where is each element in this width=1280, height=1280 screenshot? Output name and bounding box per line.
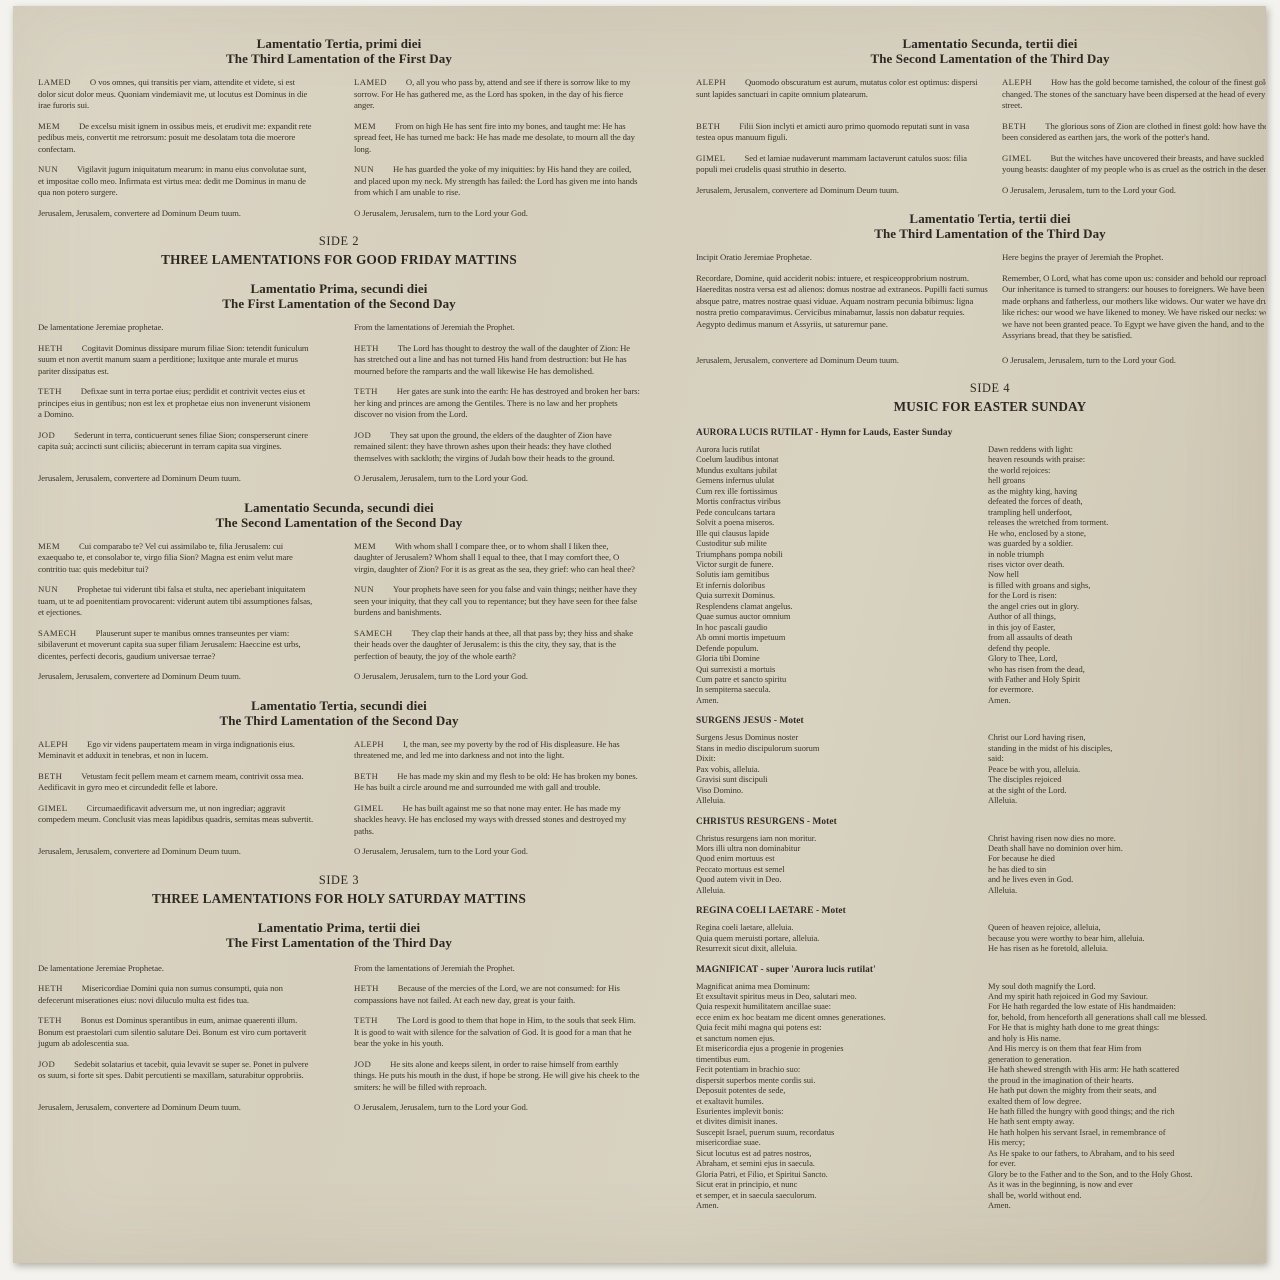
hebrew-letter-label: BETH [1002,121,1026,131]
side-number: SIDE 2 [38,234,640,249]
motet-line-latin: Regina coeli laetare, alleluia. [696,922,988,932]
magnificat-line-row: Quia respexit humilitatem ancillae suae:… [696,1001,1266,1011]
magnificat-line-latin: Quia respexit humilitatem ancillae suae: [696,1001,988,1011]
magnificat-line-english: As it was in the beginning, is now and e… [988,1179,1266,1189]
hebrew-letter-label: NUN [38,584,58,594]
magnificat-line-row: Suscepit Israel, puerum suum, recordatus… [696,1127,1266,1137]
verse-english-text: He has made my skin and my flesh to be o… [354,771,638,793]
intro-latin: De lamentatione Jeremiae Prophetae. [38,963,314,975]
hymn-line-latin: Solutis iam gemitibus [696,569,988,579]
side-2-header: SIDE 2 THREE LAMENTATIONS FOR GOOD FRIDA… [38,234,640,268]
verse-list: ALEPHEgo vir videns paupertatem meam in … [38,739,640,838]
hymn-line-latin: Custoditur sub milite [696,538,988,548]
motet-line-english: he has died to sin [988,864,1266,874]
hymn-line-english: is filled with groans and sighs, [988,580,1266,590]
magnificat-line-row: Sicut locutus est ad patres nostros, As … [696,1148,1266,1158]
hymn-line-latin: Et infernis doloribus [696,580,988,590]
hebrew-letter-label: ALEPH [354,739,384,749]
hymn-line-english: for evermore. [988,684,1266,694]
section-title-latin: Lamentatio Prima, secundi diei [38,281,640,296]
intro-english: From the lamentations of Jeremiah the Pr… [354,963,640,975]
hymn-line-latin: Mortis confractus viribus [696,496,988,506]
verse-latin-text: Vigilavit jugum iniquitatum mearum: in m… [38,164,306,197]
hymn-line-english: Dawn reddens with light: [988,444,1266,454]
verse-latin: GIMELSed et lamiae nudaverunt mammam lac… [696,153,988,176]
hymn-line-row: Qui surrexisti a mortuis who has risen f… [696,664,1266,674]
motet-line-latin: Resurrexit sicut dixit, alleluia. [696,943,988,953]
section-title-english: The Third Lamentation of the Third Day [696,226,1266,241]
motet-line-row: Regina coeli laetare, alleluia. Queen of… [696,922,1266,932]
motet-line-list: Surgens Jesus Dominus noster Christ our … [696,732,1266,805]
side-3-header: SIDE 3 THREE LAMENTATIONS FOR HOLY SATUR… [38,873,640,907]
magnificat-line-latin: Et misericordia ejus a progenie in proge… [696,1043,988,1053]
hymn-line-latin: Solvit a poena miseros. [696,517,988,527]
verse-row: TETHDefixae sunt in terra portae eius; p… [38,386,640,421]
hymn-line-row: Cum rex ille fortissimus as the mighty k… [696,486,1266,496]
motet-line-latin: Dixit: [696,753,988,763]
verse-list: MEMCui comparabo te? Vel cui assimilabo … [38,541,640,663]
hymn-line-latin: Qui surrexisti a mortuis [696,664,988,674]
hymn-line-latin: Aurora lucis rutilat [696,444,988,454]
hebrew-letter-label: MEM [38,121,60,131]
magnificat-line-latin: Abraham, et semini ejus in saecula. [696,1158,988,1168]
motet-line-row: Stans in medio discipulorum suorum stand… [696,743,1266,753]
hymn-line-row: Defende populum. defend thy people. [696,643,1266,653]
record-sleeve-back: Lamentatio Tertia, primi diei The Third … [13,6,1266,1263]
hymn-line-latin: Amen. [696,695,988,705]
verse-row: ALEPHQuomodo obscuratum est aurum, mutat… [696,77,1266,112]
side-title: THREE LAMENTATIONS FOR GOOD FRIDAY MATTI… [38,252,640,268]
magnificat-line-english: generation to generation. [988,1054,1266,1064]
magnificat-line-row: Amen. Amen. [696,1200,1266,1210]
verse-latin-text: Defixae sunt in terra portae eius; perdi… [38,386,310,419]
motet-title: CHRISTUS RESURGENS - Motet [696,817,1266,827]
motet-line-english: and he lives even in God. [988,874,1266,884]
verse-english-text: Her gates are sunk into the earth: He ha… [354,386,640,419]
motet-line-row: Quod enim mortuus est For because he die… [696,853,1266,863]
motet-line-row: Surgens Jesus Dominus noster Christ our … [696,732,1266,742]
section-title-english: The First Lamentation of the Second Day [38,296,640,311]
verse-english-text: I, the man, see my poverty by the rod of… [354,739,620,761]
hymn-line-english: Now hell [988,569,1266,579]
hebrew-letter-label: SAMECH [354,628,393,638]
verse-list: LAMEDO vos omnes, qui transitis per viam… [38,77,640,199]
hebrew-letter-label: ALEPH [38,739,68,749]
magnificat-line-english: for, behold, from henceforth all generat… [988,1012,1266,1022]
prayer-latin: Recordare, Domine, quid acciderit nobis:… [696,273,988,342]
hymn-line-latin: Pede conculcans tartara [696,507,988,517]
hebrew-letter-label: BETH [354,771,378,781]
verse-latin: GIMELCircumaedificavit adversum me, ut n… [38,803,314,838]
hebrew-letter-label: TETH [354,386,378,396]
hymn-line-row: Mundus exultans jubilat the world rejoic… [696,465,1266,475]
motet-line-latin: Surgens Jesus Dominus noster [696,732,988,742]
verse-row: SAMECHPlauserunt super te manibus omnes … [38,628,640,663]
hebrew-letter-label: JOD [38,430,55,440]
verse-latin-text: O vos omnes, qui transitis per viam, att… [38,77,307,110]
hebrew-letter-label: TETH [354,1015,378,1025]
verse-english: BETHThe glorious sons of Zion are clothe… [1002,121,1266,144]
magnificat-line-english: Amen. [988,1200,1266,1210]
verse-english-text: But the witches have uncovered their bre… [1002,153,1266,175]
prayer-english: Remember, O Lord, what has come upon us:… [1002,273,1266,342]
verse-row: GIMELSed et lamiae nudaverunt mammam lac… [696,153,1266,176]
hymn-line-row: Cum patre et sancto spiritu with Father … [696,674,1266,684]
hymn-line-row: Solutis iam gemitibus Now hell [696,569,1266,579]
verse-english-text: They clap their hands at thee, all that … [354,628,633,661]
motet-line-row: Alleluia. Alleluia. [696,795,1266,805]
verse-english-text: He has built against me so that none may… [354,803,626,836]
hebrew-letter-label: NUN [354,164,374,174]
motet-surgens-jesus: SURGENS JESUS - Motet Surgens Jesus Domi… [696,716,1266,805]
section-title-latin: Lamentatio Tertia, primi diei [38,36,640,51]
motet-title: REGINA COELI LAETARE - Motet [696,906,1266,916]
hymn-line-latin: In hoc pascali gaudio [696,622,988,632]
verse-latin-text: Prophetae tui viderunt tibi falsa et stu… [38,584,312,617]
hebrew-letter-label: JOD [38,1059,55,1069]
hymn-line-english: rises victor over death. [988,559,1266,569]
hymn-line-english: hell groans [988,475,1266,485]
motet-line-latin: Pax vobis, alleluia. [696,764,988,774]
verse-latin: MEMCui comparabo te? Vel cui assimilabo … [38,541,314,576]
hebrew-letter-label: LAMED [38,77,71,87]
hymn-line-english: in this joy of Easter, [988,622,1266,632]
section-title-english: The Second Lamentation of the Second Day [38,515,640,530]
magnificat-line-english: He hath holpen his servant Israel, in re… [988,1127,1266,1137]
verse-row: NUNVigilavit jugum iniquitatum mearum: i… [38,164,640,199]
motet-line-row: Alleluia. Alleluia. [696,885,1266,895]
verse-latin: HETHMisericordiae Domini quia non sumus … [38,983,314,1006]
verse-row: JODSederunt in terra, conticuerunt senes… [38,430,640,465]
motet-regina-coeli: REGINA COELI LAETARE - Motet Regina coel… [696,906,1266,953]
motet-line-latin: Alleluia. [696,795,988,805]
motet-line-english: said: [988,753,1266,763]
refrain-row: Jerusalem, Jerusalem, convertere ad Domi… [696,185,1266,197]
magnificat-line-english: He hath filled the hungry with good thin… [988,1106,1266,1116]
motet-line-latin: Peccato mortuus est semel [696,864,988,874]
motet-line-latin: Alleluia. [696,885,988,895]
magnificat-line-row: misericordiae suae. His mercy; [696,1137,1266,1147]
hymn-line-row: In sempiterna saecula. for evermore. [696,684,1266,694]
hymn-line-row: Triumphans pompa nobili in noble triumph [696,549,1266,559]
magnificat-line-english: And His mercy is on them that fear Him f… [988,1043,1266,1053]
hymn-title: AURORA LUCIS RUTILAT - Hymn for Lauds, E… [696,428,1266,438]
hebrew-letter-label: TETH [38,386,62,396]
magnificat-line-row: Abraham, et semini ejus in saecula. for … [696,1158,1266,1168]
magnificat-line-english: As He spake to our fathers, to Abraham, … [988,1148,1266,1158]
verse-list: HETHCogitavit Dominus dissipare murum fi… [38,343,640,465]
refrain-latin: Jerusalem, Jerusalem, convertere ad Domi… [696,185,988,197]
magnificat-line-latin: et sanctum nomen ejus. [696,1033,988,1043]
right-column: Lamentatio Secunda, tertii diei The Seco… [696,36,1266,1263]
hebrew-letter-label: HETH [38,983,63,993]
magnificat-line-latin: et divites dimisit inanes. [696,1116,988,1126]
verse-latin-text: Sederunt in terra, conticuerunt senes fi… [38,430,308,452]
verse-english-text: Because of the mercies of the Lord, we a… [354,983,620,1005]
verse-english: SAMECHThey clap their hands at thee, all… [354,628,640,663]
verse-english: MEMWith whom shall I compare thee, or to… [354,541,640,576]
hymn-line-latin: Cum rex ille fortissimus [696,486,988,496]
motet-line-english: Christ our Lord having risen, [988,732,1266,742]
verse-english: TETHHer gates are sunk into the earth: H… [354,386,640,421]
verse-latin-text: Cogitavit Dominus dissipare murum filiae… [38,343,309,376]
hebrew-letter-label: TETH [38,1015,62,1025]
verse-row: ALEPHEgo vir videns paupertatem meam in … [38,739,640,762]
hymn-line-row: Quae sumus auctor omnium Author of all t… [696,611,1266,621]
hymn-line-row: Mortis confractus viribus defeated the f… [696,496,1266,506]
verse-english-text: O, all you who pass by, attend and see i… [354,77,630,110]
hymn-line-latin: In sempiterna saecula. [696,684,988,694]
magnificat-line-english: for ever. [988,1158,1266,1168]
verse-english-text: Your prophets have seen for you false an… [354,584,637,617]
hymn-line-latin: Coelum laudibus intonat [696,454,988,464]
verse-list: HETHMisericordiae Domini quia non sumus … [38,983,640,1093]
section-lamentatio-secunda-secundi-diei: Lamentatio Secunda, secundi diei The Sec… [38,500,640,683]
verse-latin-text: Sedebit solatarius et tacebit, quia leva… [38,1059,308,1081]
hymn-line-row: Gloria tibi Domine Glory to Thee, Lord, [696,653,1266,663]
left-column: Lamentatio Tertia, primi diei The Third … [38,36,640,1263]
hymn-line-latin: Cum patre et sancto spiritu [696,674,988,684]
magnificat-line-english: My soul doth magnify the Lord. [988,981,1266,991]
hymn-line-english: Glory to Thee, Lord, [988,653,1266,663]
motet-christus-resurgens: CHRISTUS RESURGENS - Motet Christus resu… [696,817,1266,896]
verse-english: ALEPHI, the man, see my poverty by the r… [354,739,640,762]
hymn-line-latin: Mundus exultans jubilat [696,465,988,475]
magnificat-line-english: shall be, world without end. [988,1190,1266,1200]
magnificat-line-row: et semper, et in saecula saeculorum. sha… [696,1190,1266,1200]
section-title-english: The Third Lamentation of the Second Day [38,713,640,728]
hymn-line-english: in noble triumph [988,549,1266,559]
motet-line-english: Queen of heaven rejoice, alleluia, [988,922,1266,932]
hymn-line-english: who has risen from the dead, [988,664,1266,674]
verse-english: GIMELHe has built against me so that non… [354,803,640,838]
refrain-english: O Jerusalem, Jerusalem, turn to the Lord… [354,473,640,485]
hebrew-letter-label: JOD [354,430,371,440]
verse-english: NUNYour prophets have seen for you false… [354,584,640,619]
magnificat-line-english: He hath put down the mighty from their s… [988,1085,1266,1095]
verse-row: JODSedebit solatarius et tacebit, quia l… [38,1059,640,1094]
hymn-line-row: Solvit a poena miseros. releases the wre… [696,517,1266,527]
refrain-latin: Jerusalem, Jerusalem, convertere ad Domi… [38,671,314,683]
hebrew-letter-label: LAMED [354,77,387,87]
intro-row: De lamentatione Jeremiae prophetae. From… [38,322,640,334]
motet-line-latin: Quia quem meruisti portare, alleluia. [696,933,988,943]
hymn-line-row: Coelum laudibus intonat heaven resounds … [696,454,1266,464]
side-title: MUSIC FOR EASTER SUNDAY [696,399,1266,415]
hymn-line-english: with Father and Holy Spirit [988,674,1266,684]
hymn-line-english: defeated the forces of death, [988,496,1266,506]
magnificat-line-english: exalted them of low degree. [988,1096,1266,1106]
section-title-latin: Lamentatio Prima, tertii diei [38,920,640,935]
refrain-english: O Jerusalem, Jerusalem, turn to the Lord… [1002,355,1266,367]
verse-row: NUNProphetae tui viderunt tibi falsa et … [38,584,640,619]
intro-row: Incipit Oratio Jeremiae Prophetae. Here … [696,252,1266,264]
magnificat-line-row: dispersit superbos mente cordis sui. the… [696,1075,1266,1085]
motet-line-latin: Mors illi ultra non dominabitur [696,843,988,853]
magnificat-line-row: Esurientes implevit bonis: He hath fille… [696,1106,1266,1116]
motet-line-latin: Christus resurgens iam non moritur. [696,833,988,843]
magnificat-line-english: For He hath regarded the low estate of H… [988,1001,1266,1011]
verse-english-text: How has the gold become tarnished, the c… [1002,77,1266,110]
magnificat-line-row: Gloria Patri, et Filio, et Spiritui Sanc… [696,1169,1266,1179]
magnificat-line-latin: Esurientes implevit bonis: [696,1106,988,1116]
hebrew-letter-label: BETH [38,771,62,781]
hymn-line-row: Ab omni mortis impetuum from all assault… [696,632,1266,642]
motet-line-english: Alleluia. [988,795,1266,805]
verse-latin: TETHDefixae sunt in terra portae eius; p… [38,386,314,421]
side-number: SIDE 3 [38,873,640,888]
motet-line-english: standing in the midst of his disciples, [988,743,1266,753]
verse-latin: ALEPHQuomodo obscuratum est aurum, mutat… [696,77,988,112]
verse-latin-text: Misericordiae Domini quia non sumus cons… [38,983,283,1005]
hebrew-letter-label: GIMEL [38,803,68,813]
verse-latin-text: Sed et lamiae nudaverunt mammam lactaver… [696,153,967,175]
motet-line-latin: Gravisi sunt discipuli [696,774,988,784]
hebrew-letter-label: BETH [696,121,720,131]
motet-line-latin: Viso Domino. [696,785,988,795]
verse-row: LAMEDO vos omnes, qui transitis per viam… [38,77,640,112]
magnificat-line-latin: Deposuit potentes de sede, [696,1085,988,1095]
hebrew-letter-label: MEM [354,121,376,131]
motet-line-english: Peace be with you, alleluia. [988,764,1266,774]
hymn-line-latin: Gloria tibi Domine [696,653,988,663]
hymn-line-row: In hoc pascali gaudio in this joy of Eas… [696,622,1266,632]
intro-latin: Incipit Oratio Jeremiae Prophetae. [696,252,988,264]
magnificat-line-latin: dispersit superbos mente cordis sui. [696,1075,988,1085]
verse-english: ALEPHHow has the gold become tarnished, … [1002,77,1266,112]
hymn-line-english: was guarded by a soldier. [988,538,1266,548]
hebrew-letter-label: NUN [354,584,374,594]
magnificat-line-latin: Amen. [696,1200,988,1210]
intro-english: From the lamentations of Jeremiah the Pr… [354,322,640,334]
hebrew-letter-label: HETH [38,343,63,353]
hymn-line-english: for the Lord is risen: [988,590,1266,600]
magnificat-line-latin: Suscepit Israel, puerum suum, recordatus [696,1127,988,1137]
refrain-row: Jerusalem, Jerusalem, convertere ad Domi… [38,671,640,683]
hymn-line-latin: Resplendens clamat angelus. [696,601,988,611]
verse-row: MEMCui comparabo te? Vel cui assimilabo … [38,541,640,576]
intro-latin: De lamentatione Jeremiae prophetae. [38,322,314,334]
refrain-english: O Jerusalem, Jerusalem, turn to the Lord… [354,846,640,858]
hymn-line-latin: Triumphans pompa nobili [696,549,988,559]
motet-line-list: Regina coeli laetare, alleluia. Queen of… [696,922,1266,953]
verse-english-text: He sits alone and keeps silent, in order… [354,1059,639,1092]
magnificat-line-latin: Quia fecit mihi magna qui potens est: [696,1022,988,1032]
verse-latin: TETHBonus est Dominus sperantibus in eum… [38,1015,314,1050]
hymn-line-english: as the mighty king, having [988,486,1266,496]
motet-line-english: The disciples rejoiced [988,774,1266,784]
hymn-line-latin: Ille qui clausus lapide [696,528,988,538]
magnificat-line-latin: et exaltavit humiles. [696,1096,988,1106]
verse-english: HETHBecause of the mercies of the Lord, … [354,983,640,1006]
section-title-english: The Third Lamentation of the First Day [38,51,640,66]
hebrew-letter-label: GIMEL [1002,153,1032,163]
verse-latin-text: Ego vir videns paupertatem meam in virga… [38,739,295,761]
magnificat-line-english: He hath sent empty away. [988,1116,1266,1126]
side-title: THREE LAMENTATIONS FOR HOLY SATURDAY MAT… [38,891,640,907]
section-title-english: The First Lamentation of the Third Day [38,935,640,950]
motet-title: SURGENS JESUS - Motet [696,716,1266,726]
hebrew-letter-label: ALEPH [1002,77,1032,87]
hebrew-letter-label: SAMECH [38,628,77,638]
motet-line-row: Quod autem vivit in Deo. and he lives ev… [696,874,1266,884]
hymn-line-row: Et infernis doloribus is filled with gro… [696,580,1266,590]
verse-latin-text: Quomodo obscuratum est aurum, mutatus co… [696,77,978,99]
hymn-line-latin: Ab omni mortis impetuum [696,632,988,642]
hymn-line-row: Gemens infernus ululat hell groans [696,475,1266,485]
motet-line-row: Gravisi sunt discipuli The disciples rej… [696,774,1266,784]
section-title-latin: Lamentatio Tertia, secundi diei [38,698,640,713]
refrain-row: Jerusalem, Jerusalem, convertere ad Domi… [38,846,640,858]
refrain-row: Jerusalem, Jerusalem, convertere ad Domi… [38,473,640,485]
motet-line-latin: Quod autem vivit in Deo. [696,874,988,884]
section-title-english: The Second Lamentation of the Third Day [696,51,1266,66]
motet-line-english: Christ having risen now dies no more. [988,833,1266,843]
verse-english: HETHThe Lord has thought to destroy the … [354,343,640,378]
verse-english: TETHThe Lord is good to them that hope i… [354,1015,640,1050]
verse-row: BETHFilii Sion inclyti et amicti auro pr… [696,121,1266,144]
magnificat-line-row: Sicut erat in principio, et nunc As it w… [696,1179,1266,1189]
verse-english-text: They sat upon the ground, the elders of … [354,430,615,463]
hebrew-letter-label: GIMEL [354,803,384,813]
verse-english: JODHe sits alone and keeps silent, in or… [354,1059,640,1094]
hebrew-letter-label: ALEPH [696,77,726,87]
magnificat: MAGNIFICAT - super 'Aurora lucis rutilat… [696,965,1266,1211]
hymn-aurora-lucis-rutilat: AURORA LUCIS RUTILAT - Hymn for Lauds, E… [696,428,1266,705]
verse-latin: BETHVetustam fecit pellem meam et carnem… [38,771,314,794]
side-4-header: SIDE 4 MUSIC FOR EASTER SUNDAY [696,381,1266,415]
hymn-line-latin: Defende populum. [696,643,988,653]
magnificat-line-english: and holy is His name. [988,1033,1266,1043]
refrain-row: Jerusalem, Jerusalem, convertere ad Domi… [38,208,640,220]
verse-latin-text: Bonus est Dominus sperantibus in eum, an… [38,1015,306,1048]
side-number: SIDE 4 [696,381,1266,396]
verse-latin: JODSedebit solatarius et tacebit, quia l… [38,1059,314,1094]
verse-row: TETHBonus est Dominus sperantibus in eum… [38,1015,640,1050]
hymn-line-english: releases the wretched from torment. [988,517,1266,527]
section-lamentatio-prima-secundi-diei: Lamentatio Prima, secundi diei The First… [38,281,640,485]
magnificat-line-row: Magnificat anima mea Dominum: My soul do… [696,981,1266,991]
refrain-latin: Jerusalem, Jerusalem, convertere ad Domi… [696,355,988,367]
hymn-line-row: Resplendens clamat angelus. the angel cr… [696,601,1266,611]
motet-line-latin: Quod enim mortuus est [696,853,988,863]
verse-latin-text: Filii Sion inclyti et amicti auro primo … [696,121,969,143]
verse-latin-text: Vetustam fecit pellem meam et carnem mea… [38,771,304,793]
hymn-line-english: defend thy people. [988,643,1266,653]
hymn-line-row: Victor surgit de funere. rises victor ov… [696,559,1266,569]
verse-latin: MEMDe excelsu misit ignem in ossibus mei… [38,121,314,156]
hymn-line-english: He who, enclosed by a stone, [988,528,1266,538]
verse-row: HETHMisericordiae Domini quia non sumus … [38,983,640,1006]
magnificat-line-english: His mercy; [988,1137,1266,1147]
motet-line-english: at the sight of the Lord. [988,785,1266,795]
hymn-line-list: Aurora lucis rutilat Dawn reddens with l… [696,444,1266,705]
section-lamentatio-tertia-tertii-diei: Lamentatio Tertia, tertii diei The Third… [696,211,1266,366]
magnificat-title: MAGNIFICAT - super 'Aurora lucis rutilat… [696,965,1266,975]
motet-line-row: Resurrexit sicut dixit, alleluia. He has… [696,943,1266,953]
magnificat-line-latin: misericordiae suae. [696,1137,988,1147]
hebrew-letter-label: NUN [38,164,58,174]
motet-line-row: Dixit: said: [696,753,1266,763]
verse-latin-text: De excelsu misit ignem in ossibus meis, … [38,121,311,154]
refrain-row: Jerusalem, Jerusalem, convertere ad Domi… [696,355,1266,367]
motet-line-row: Viso Domino. at the sight of the Lord. [696,785,1266,795]
refrain-english: O Jerusalem, Jerusalem, turn to the Lord… [1002,185,1266,197]
hymn-line-latin: Gemens infernus ululat [696,475,988,485]
verse-english-text: The glorious sons of Zion are clothed in… [1002,121,1266,143]
magnificat-line-english: He hath shewed strength with His arm: He… [988,1064,1266,1074]
motet-line-english: He has risen as he foretold, alleluia. [988,943,1266,953]
